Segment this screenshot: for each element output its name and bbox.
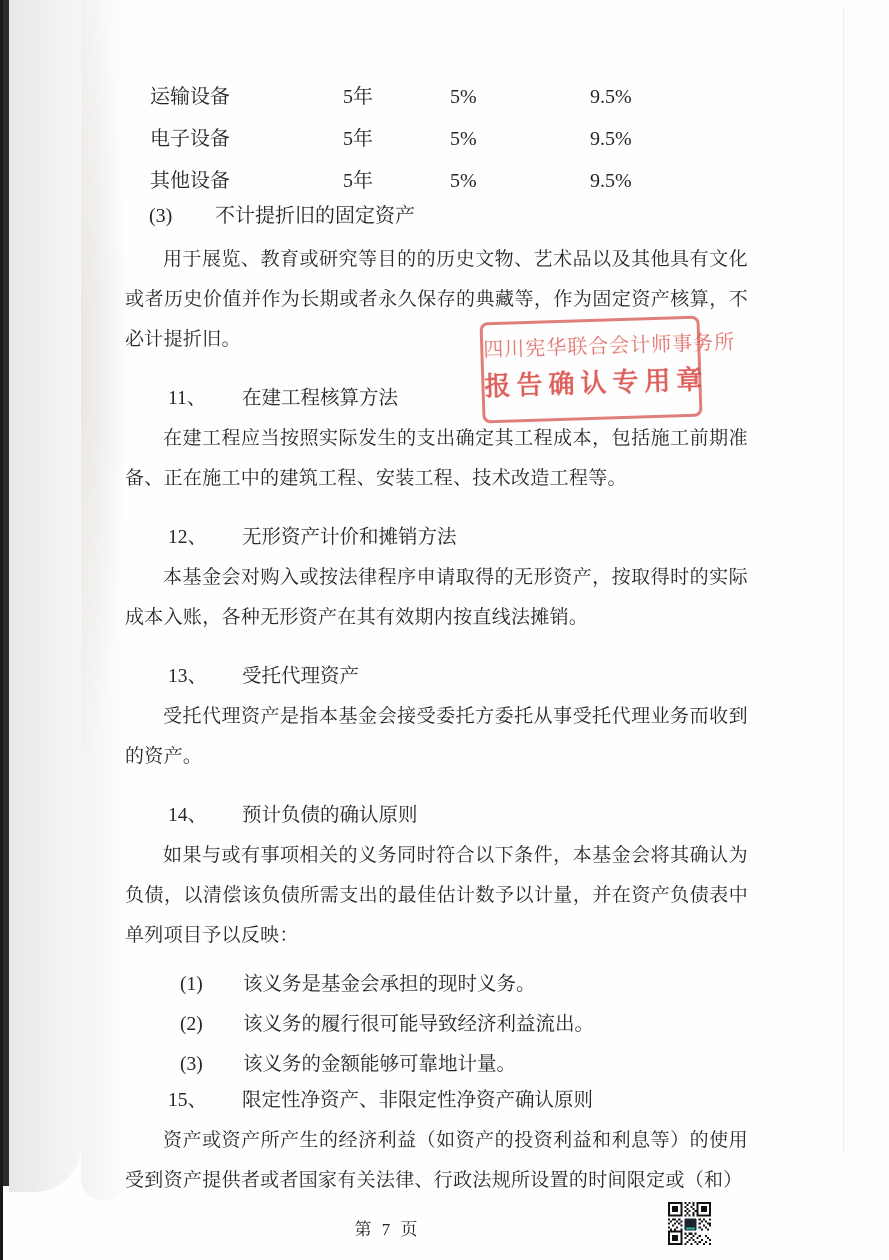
- subitem-number: (3): [149, 196, 215, 236]
- useful-life: 5年: [343, 118, 373, 160]
- section-title: 无形资产计价和摊销方法: [242, 527, 457, 548]
- residual-rate: 5%: [450, 76, 477, 118]
- section-title: 限定性净资产、非限定性净资产确认原则: [242, 1090, 593, 1111]
- section-number: 14、: [168, 796, 242, 836]
- section-title: 受托代理资产: [242, 666, 359, 687]
- section-heading-15: 15、限定性净资产、非限定性净资产确认原则: [125, 1081, 748, 1121]
- section-number: 11、: [168, 379, 242, 419]
- table-row: 电子设备 5年 5% 9.5%: [125, 118, 748, 160]
- list-item: (2)该义务的履行很可能导致经济利益流出。: [125, 1005, 748, 1045]
- paragraph-section-14: 如果与或有事项相关的义务同时符合以下条件，本基金会将其确认为负债，以清偿该负债所…: [125, 836, 748, 956]
- table-row: 其他设备 5年 5% 9.5%: [125, 160, 748, 202]
- section-number: 13、: [168, 657, 242, 697]
- scan-black-edge: [3, 0, 9, 1186]
- paragraph-section-12: 本基金会对购入或按法律程序申请取得的无形资产，按取得时的实际成本入账，各种无形资…: [125, 558, 748, 638]
- list-item-text: 该义务是基金会承担的现时义务。: [243, 974, 536, 995]
- stamp-purpose-text: 报告确认专用章: [484, 360, 699, 404]
- condition-list: (1)该义务是基金会承担的现时义务。 (2)该义务的履行很可能导致经济利益流出。…: [125, 965, 748, 1085]
- list-item: (1)该义务是基金会承担的现时义务。: [125, 965, 748, 1005]
- residual-rate: 5%: [450, 118, 477, 160]
- paragraph-section-11: 在建工程应当按照实际发生的支出确定其工程成本，包括施工前期准备、正在施工中的建筑…: [125, 419, 748, 499]
- annual-depreciation-rate: 9.5%: [590, 76, 632, 118]
- section-heading-12: 12、无形资产计价和摊销方法: [125, 518, 748, 558]
- asset-name: 运输设备: [150, 76, 230, 118]
- paragraph-section-13: 受托代理资产是指本基金会接受委托方委托从事受托代理业务而收到的资产。: [125, 697, 748, 777]
- qr-logo-accent-bar: [686, 1227, 695, 1229]
- annual-depreciation-rate: 9.5%: [590, 160, 632, 202]
- list-item-number: (3): [180, 1045, 243, 1085]
- stamp-firm-name: 四川宪华联合会计师事务所: [483, 327, 698, 363]
- useful-life: 5年: [343, 160, 373, 202]
- subitem-title: 不计提折旧的固定资产: [215, 205, 415, 227]
- useful-life: 5年: [343, 76, 373, 118]
- section-heading-13: 13、受托代理资产: [125, 657, 748, 697]
- scan-shadow-column: [9, 0, 81, 1192]
- scanned-document-page: 运输设备 5年 5% 9.5% 电子设备 5年 5% 9.5% 其他设备 5年 …: [0, 0, 889, 1260]
- list-item-number: (1): [180, 965, 243, 1005]
- section-number: 12、: [168, 518, 242, 558]
- residual-rate: 5%: [450, 160, 477, 202]
- qr-code-icon: [668, 1202, 711, 1245]
- page-fold-line: [843, 8, 844, 1153]
- document-body: 运输设备 5年 5% 9.5% 电子设备 5年 5% 9.5% 其他设备 5年 …: [125, 76, 748, 1248]
- section-title: 在建工程核算方法: [242, 388, 398, 409]
- subitem-heading: (3)不计提折旧的固定资产: [125, 196, 748, 236]
- scan-border-line: [0, 0, 3, 1260]
- section-heading-14: 14、预计负债的确认原则: [125, 796, 748, 836]
- annual-depreciation-rate: 9.5%: [590, 118, 632, 160]
- list-item: (3)该义务的金额能够可靠地计量。: [125, 1045, 748, 1085]
- red-certification-stamp: 四川宪华联合会计师事务所 报告确认专用章: [479, 316, 702, 424]
- asset-name: 其他设备: [150, 160, 230, 202]
- list-item-number: (2): [180, 1005, 243, 1045]
- asset-name: 电子设备: [150, 118, 230, 160]
- section-title: 预计负债的确认原则: [242, 805, 418, 826]
- list-item-text: 该义务的履行很可能导致经济利益流出。: [243, 1014, 594, 1035]
- section-number: 15、: [168, 1081, 242, 1121]
- page-number: 第 7 页: [76, 1212, 699, 1248]
- list-item-text: 该义务的金额能够可靠地计量。: [243, 1054, 516, 1075]
- paragraph-section-15: 资产或资产所产生的经济利益（如资产的投资利益和利息等）的使用受到资产提供者或者国…: [125, 1121, 748, 1201]
- table-row: 运输设备 5年 5% 9.5%: [125, 76, 748, 118]
